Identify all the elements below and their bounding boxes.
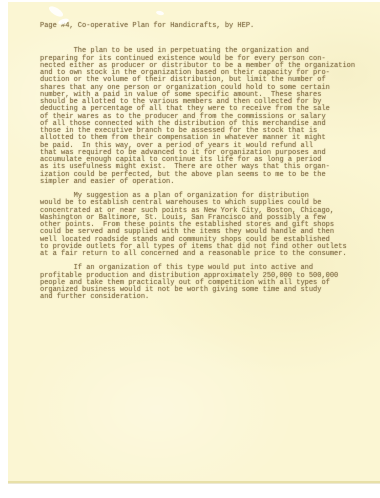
paragraph-conclusion: If an organization of this type would pu…	[40, 265, 374, 301]
page-header: Page #4, Co-operative Plan for Handicraf…	[40, 23, 374, 30]
paper-speck	[156, 10, 165, 16]
paper-speck	[47, 4, 64, 18]
paragraph-distribution: My suggestion as a plan of organization …	[40, 193, 374, 258]
scan-background: Page #4, Co-operative Plan for Handicraf…	[0, 0, 380, 498]
paragraph-plan: The plan to be used in perpetuating the …	[40, 48, 374, 186]
document-page: Page #4, Co-operative Plan for Handicraf…	[8, 2, 380, 483]
